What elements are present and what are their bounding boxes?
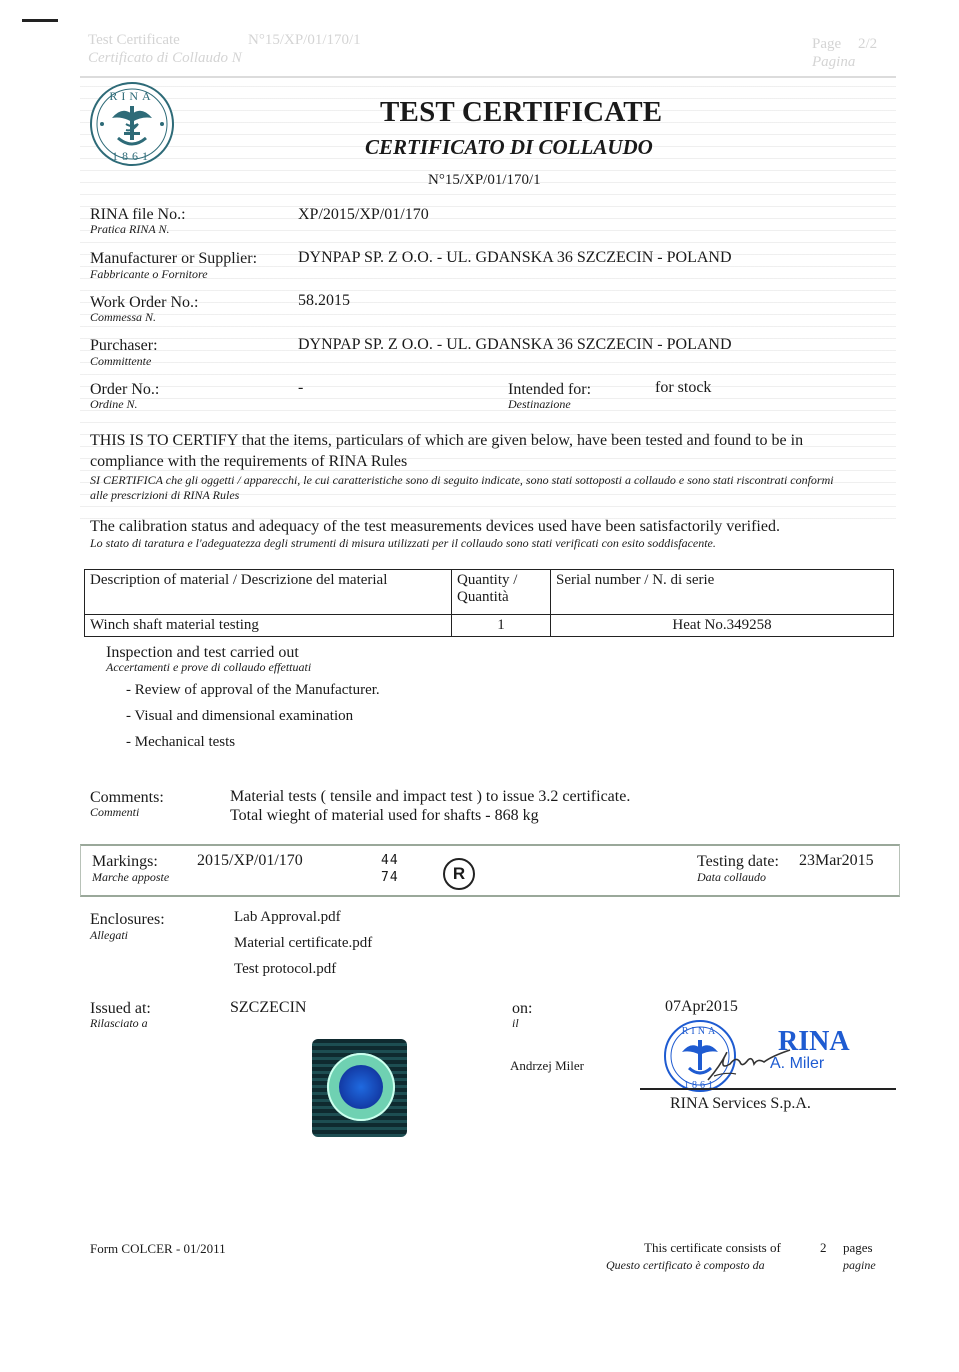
rina-r-mark-icon: R [443, 858, 475, 890]
hologram-ring-icon [327, 1053, 395, 1121]
rina-hologram-seal [312, 1039, 407, 1137]
bleed-through-page-label: Page [812, 36, 841, 53]
pages-label-it: pagine [843, 1258, 876, 1273]
page-count: 2 [820, 1240, 827, 1256]
stamp-brand: RINA [778, 1026, 850, 1058]
bleed-through-page-value: 2/2 [858, 36, 877, 53]
consists-of-text: This certificate consists of [644, 1240, 781, 1256]
order-value: - [298, 379, 303, 397]
hologram-core-icon [339, 1065, 383, 1109]
certificate-number: N°15/XP/01/170/1 [428, 172, 541, 189]
issuing-company: RINA Services S.p.A. [670, 1095, 811, 1113]
inspection-item: - Visual and dimensional examination [126, 708, 353, 725]
manufacturer-value: DYNPAP SP. Z O.O. - UL. GDANSKA 36 SZCZE… [298, 249, 732, 267]
svg-text:RINA: RINA [682, 1026, 718, 1037]
manufacturer-label-it: Fabbricante o Fornitore [90, 267, 208, 282]
testing-date-label-it: Data collaudo [697, 870, 766, 885]
marking-code: 74 [381, 870, 399, 885]
enclosure-file: Lab Approval.pdf [234, 909, 341, 926]
pages-label: pages [843, 1240, 873, 1256]
cell-quantity: 1 [452, 615, 551, 637]
material-table-header: Description of material / Descrizione de… [85, 570, 894, 615]
comment-line: Material tests ( tensile and impact test… [230, 788, 630, 806]
rina-logo: RINA 1861 [88, 80, 176, 168]
form-code: Form COLCER - 01/2011 [90, 1241, 226, 1257]
calibration-statement-it: Lo stato di taratura e l'adeguatezza deg… [90, 536, 716, 551]
enclosure-file: Test protocol.pdf [234, 961, 336, 978]
inspection-title-it: Accertamenti e prove di collaudo effettu… [106, 660, 311, 675]
certify-statement: THIS IS TO CERTIFY that the items, parti… [90, 430, 870, 472]
signature-line [640, 1088, 896, 1090]
comments-label-it: Commenti [90, 805, 139, 820]
work-order-value: 58.2015 [298, 292, 350, 310]
header-quantity: Quantity / Quantità [452, 570, 551, 615]
enclosures-label-it: Allegati [90, 928, 128, 943]
cell-serial-number: Heat No.349258 [551, 615, 894, 637]
enclosures-label: Enclosures: [90, 911, 165, 929]
certify-statement-it: SI CERTIFICA che gli oggetti / apparecch… [90, 473, 850, 503]
testing-date-value: 23Mar2015 [799, 852, 874, 870]
markings-label-it: Marche apposte [92, 870, 169, 885]
intended-for-value: for stock [655, 379, 711, 397]
stamp-name: A. Miler [770, 1055, 824, 1073]
work-order-label-it: Commessa N. [90, 310, 156, 325]
cell-description: Winch shaft material testing [85, 615, 452, 637]
bleed-through-page-label-it: Pagina [812, 54, 855, 71]
purchaser-label-it: Committente [90, 354, 151, 369]
svg-text:RINA: RINA [109, 89, 154, 103]
inspection-item: - Review of approval of the Manufacturer… [126, 682, 380, 699]
material-table: Description of material / Descrizione de… [84, 569, 894, 637]
bleed-through-title-it: Certificato di Collaudo N [88, 50, 242, 67]
issued-on-label-it: il [512, 1016, 519, 1031]
header-serial-number: Serial number / N. di serie [551, 570, 894, 615]
rina-file-label-it: Pratica RINA N. [90, 222, 169, 237]
manufacturer-label: Manufacturer or Supplier: [90, 250, 257, 268]
table-row: Winch shaft material testing 1 Heat No.3… [85, 615, 894, 637]
rina-file-value: XP/2015/XP/01/170 [298, 206, 429, 224]
order-label-it: Ordine N. [90, 397, 138, 412]
purchaser-label: Purchaser: [90, 337, 158, 355]
marking-code: 44 [381, 853, 399, 868]
testing-date-label: Testing date: [697, 853, 779, 871]
inspection-item: - Mechanical tests [126, 734, 235, 751]
issued-place: SZCZECIN [230, 999, 306, 1017]
calibration-statement: The calibration status and adequacy of t… [90, 518, 780, 536]
header-description: Description of material / Descrizione de… [85, 570, 452, 615]
document-title: TEST CERTIFICATE [380, 96, 662, 129]
bleed-through-title: Test Certificate [88, 32, 180, 49]
document-subtitle: CERTIFICATO DI COLLAUDO [365, 135, 653, 160]
rina-caduceus-anchor-logo-icon: RINA 1861 [88, 80, 176, 168]
surveyor-name: Andrzej Miler [510, 1058, 584, 1074]
intended-for-label-it: Destinazione [508, 397, 571, 412]
enclosure-file: Material certificate.pdf [234, 935, 372, 952]
svg-text:1861: 1861 [112, 149, 152, 163]
consists-of-text-it: Questo certificato è composto da [606, 1258, 765, 1273]
bleed-through-number: N°15/XP/01/170/1 [248, 32, 361, 49]
markings-label: Markings: [92, 853, 158, 871]
markings-value: 2015/XP/01/170 [197, 852, 303, 870]
issued-date: 07Apr2015 [665, 998, 738, 1016]
purchaser-value: DYNPAP SP. Z O.O. - UL. GDANSKA 36 SZCZE… [298, 336, 732, 354]
issued-at-label-it: Rilasciato a [90, 1016, 148, 1031]
comment-line: Total wieght of material used for shafts… [230, 807, 539, 825]
scan-corner-mark [22, 19, 58, 22]
